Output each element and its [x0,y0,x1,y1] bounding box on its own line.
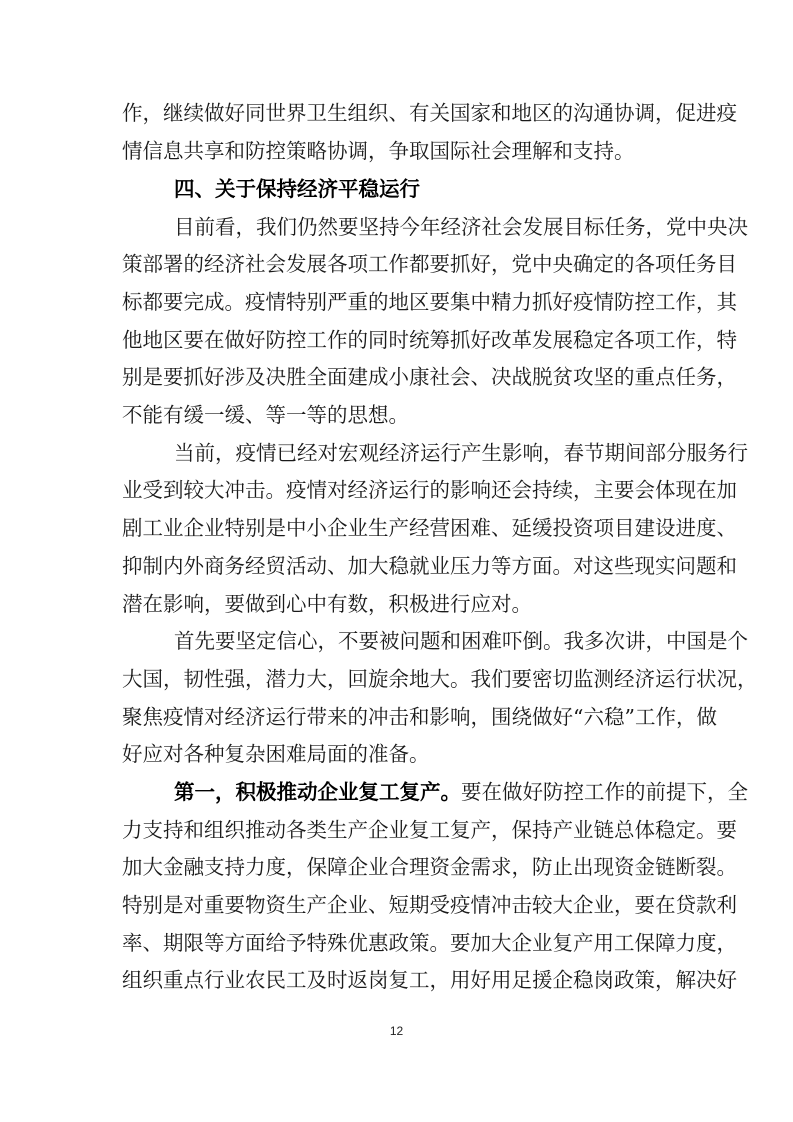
paragraph-line-rest: 要在做好防控工作的前提下，全 [461,779,748,805]
paragraph-line: 大国，韧性强，潜力大，回旋余地大。我们要密切监测经济运行状况， [122,666,673,692]
bold-lead: 第一，积极推动企业复工复产。 [174,779,461,805]
paragraph-line: 首先要坚定信心，不要被问题和困难吓倒。我多次讲，中国是个 [174,628,673,654]
paragraph-line: 潜在影响，要做到心中有数，积极进行应对。 [122,591,673,617]
paragraph-line-with-bold-lead: 第一，积极推动企业复工复产。 要在做好防控工作的前提下，全 [174,779,673,805]
paragraph-line: 别是要抓好涉及决胜全面建成小康社会、决战脱贫攻坚的重点任务， [122,364,673,390]
section-heading: 四、关于保持经济平稳运行 [174,176,673,202]
paragraph-line: 业受到较大冲击。疫情对经济运行的影响还会持续，主要会体现在加 [122,477,673,503]
paragraph-line: 剧工业企业特别是中小企业生产经营困难、延缓投资项目建设进度、 [122,515,673,541]
paragraph-line: 力支持和组织推动各类生产企业复工复产，保持产业链总体稳定。要 [122,817,673,843]
paragraph-line: 聚焦疫情对经济运行带来的冲击和影响，围绕做好“六稳”工作，做 [122,704,673,730]
paragraph-line: 标都要完成。疫情特别严重的地区要集中精力抓好疫情防控工作，其 [122,289,673,315]
paragraph-line: 特别是对重要物资生产企业、短期受疫情冲击较大企业，要在贷款利 [122,892,673,918]
paragraph-line: 抑制内外商务经贸活动、加大稳就业压力等方面。对这些现实问题和 [122,553,673,579]
paragraph-line: 好应对各种复杂困难局面的准备。 [122,741,673,767]
paragraph-line: 加大金融支持力度，保障企业合理资金需求，防止出现资金链断裂。 [122,854,673,880]
paragraph-line: 作，继续做好同世界卫生组织、有关国家和地区的沟通协调，促进疫 [122,100,673,126]
paragraph-line: 目前看，我们仍然要坚持今年经济社会发展目标任务，党中央决 [174,214,673,240]
paragraph-line: 不能有缓一缓、等一等的思想。 [122,402,673,428]
paragraph-line: 情信息共享和防控策略协调，争取国际社会理解和支持。 [122,138,673,164]
paragraph-line: 率、期限等方面给予特殊优惠政策。要加大企业复产用工保障力度， [122,930,673,956]
paragraph-line: 当前，疫情已经对宏观经济运行产生影响，春节期间部分服务行 [174,440,673,466]
paragraph-line: 策部署的经济社会发展各项工作都要抓好，党中央确定的各项任务目 [122,251,673,277]
document-page: 作，继续做好同世界卫生组织、有关国家和地区的沟通协调，促进疫 情信息共享和防控策… [0,0,793,1122]
page-number: 12 [0,1024,793,1038]
paragraph-line: 组织重点行业农民工及时返岗复工，用好用足援企稳岗政策，解决好 [122,967,673,993]
paragraph-line: 他地区要在做好防控工作的同时统筹抓好改革发展稳定各项工作，特 [122,327,673,353]
